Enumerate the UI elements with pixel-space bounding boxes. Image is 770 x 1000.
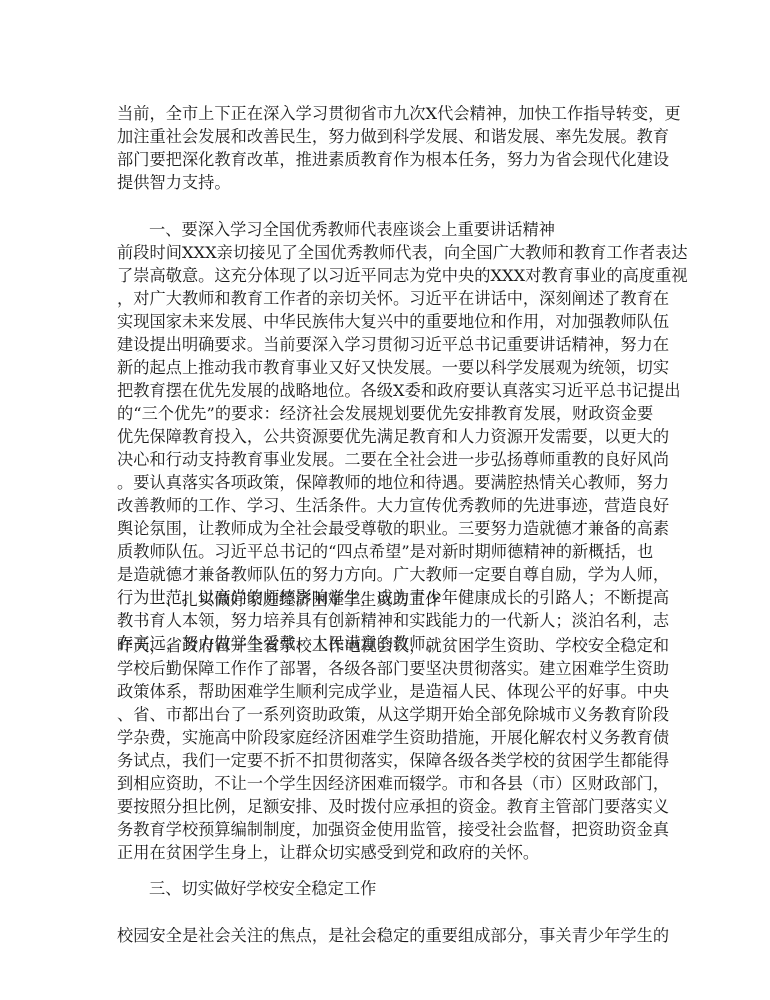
text-line: 是造就德才兼备教师队伍的努力方向。广大教师一定要自尊自励，学为人师， (117, 563, 657, 586)
text-line: 学校后勤保障工作作了部署，各级各部门要坚决贯彻落实。建立困难学生资助 (117, 657, 657, 680)
text-line: 当前，全市上下正在深入学习贯彻省市九次X代会精神，加快工作指导转变，更 (117, 102, 657, 125)
section-heading-2: 二、扎实做好家庭经济困难学生资助工作 (149, 588, 689, 611)
text-line: 的“三个优先”的要求：经济社会发展规划要优先安排教育发展，财政资金要 (117, 402, 657, 425)
text-line: 。要认真落实各项政策，保障教师的地位和待遇。要满腔热情关心教师，努力 (117, 471, 657, 494)
text-line: 学杂费，实施高中阶段家庭经济困难学生资助措施，开展化解农村义务教育债 (117, 726, 657, 749)
section-heading-1: 一、要深入学习全国优秀教师代表座谈会上重要讲话精神 (149, 218, 689, 241)
text-line: 教书育人本领，努力培养具有创新精神和实践能力的一代新人；淡泊名利，志 (117, 609, 657, 632)
text-line: 优先保障教育投入，公共资源要优先满足教育和人力资源开发需要，以更大的 (117, 425, 657, 448)
text-line: 舆论氛围，让教师成为全社会最受尊敬的职业。三要努力造就德才兼备的高素 (117, 517, 657, 540)
text-line: 加注重社会发展和改善民生，努力做到科学发展、和谐发展、率先发展。教育 (117, 125, 657, 148)
text-line: 建设提出明确要求。当前要深入学习贯彻习近平总书记重要讲话精神，努力在 (117, 333, 657, 356)
text-line: 实现国家未来发展、中华民族伟大复兴中的重要地位和作用，对加强教师队伍 (117, 310, 657, 333)
text-line: 新的起点上推动我市教育事业又好又快发展。一要以科学发展观为统领，切实 (117, 356, 657, 379)
text-line: 、省、市都出台了一系列资助政策，从这学期开始全部免除城市义务教育阶段 (117, 703, 657, 726)
text-line: 正用在贫困学生身上，让群众切实感受到党和政府的关怀。 (117, 841, 657, 864)
document-page: 当前，全市上下正在深入学习贯彻省市九次X代会精神，加快工作指导转变，更 加注重社… (0, 0, 770, 1000)
text-line: 部门要把深化教育改革，推进素质教育作为根本任务，努力为省会现代化建设 (117, 148, 657, 171)
text-line: 改善教师的工作、学习、生活条件。大力宣传优秀教师的先进事迹，营造良好 (117, 494, 657, 517)
text-line: 决心和行动支持教育事业发展。二要在全社会进一步弘扬尊师重教的良好风尚 (117, 448, 657, 471)
text-line: 务教育学校预算编制制度，加强资金使用监管，接受社会监督，把资助资金真 (117, 818, 657, 841)
text-line: 政策体系，帮助困难学生顺利完成学业，是造福人民、体现公平的好事。中央 (117, 680, 657, 703)
text-line: 前段时间XXX亲切接见了全国优秀教师代表，向全国广大教师和教育工作者表达 (117, 241, 657, 264)
section-heading-3: 三、切实做好学校安全稳定工作 (149, 877, 689, 900)
text-line: ，对广大教师和教育工作者的亲切关怀。习近平在讲话中，深刻阐述了教育在 (117, 287, 657, 310)
text-line: 务试点，我们一定要不折不扣贯彻落实，保障各级各类学校的贫困学生都能得 (117, 749, 657, 772)
text-line: 到相应资助，不让一个学生因经济困难而辍学。市和各县（市）区财政部门， (117, 772, 657, 795)
text-line: 质教师队伍。习近平总书记的“四点希望”是对新时期师德精神的新概括，也 (117, 540, 657, 563)
text-line: 把教育摆在优先发展的战略地位。各级X委和政府要认真落实习近平总书记提出 (117, 379, 657, 402)
text-line: 校园安全是社会关注的焦点，是社会稳定的重要组成部分，事关青少年学生的 (117, 924, 657, 947)
text-line: 提供智力支持。 (117, 171, 657, 194)
text-line: 要按照分担比例，足额安排、及时拨付应承担的资金。教育主管部门要落实义 (117, 795, 657, 818)
text-line: 昨天，省政府召开全省学校工作电视会议，就贫困学生资助、学校安全稳定和 (117, 634, 657, 657)
text-line: 了崇高敬意。这充分体现了以习近平同志为党中央的XXX对教育事业的高度重视 (117, 264, 657, 287)
